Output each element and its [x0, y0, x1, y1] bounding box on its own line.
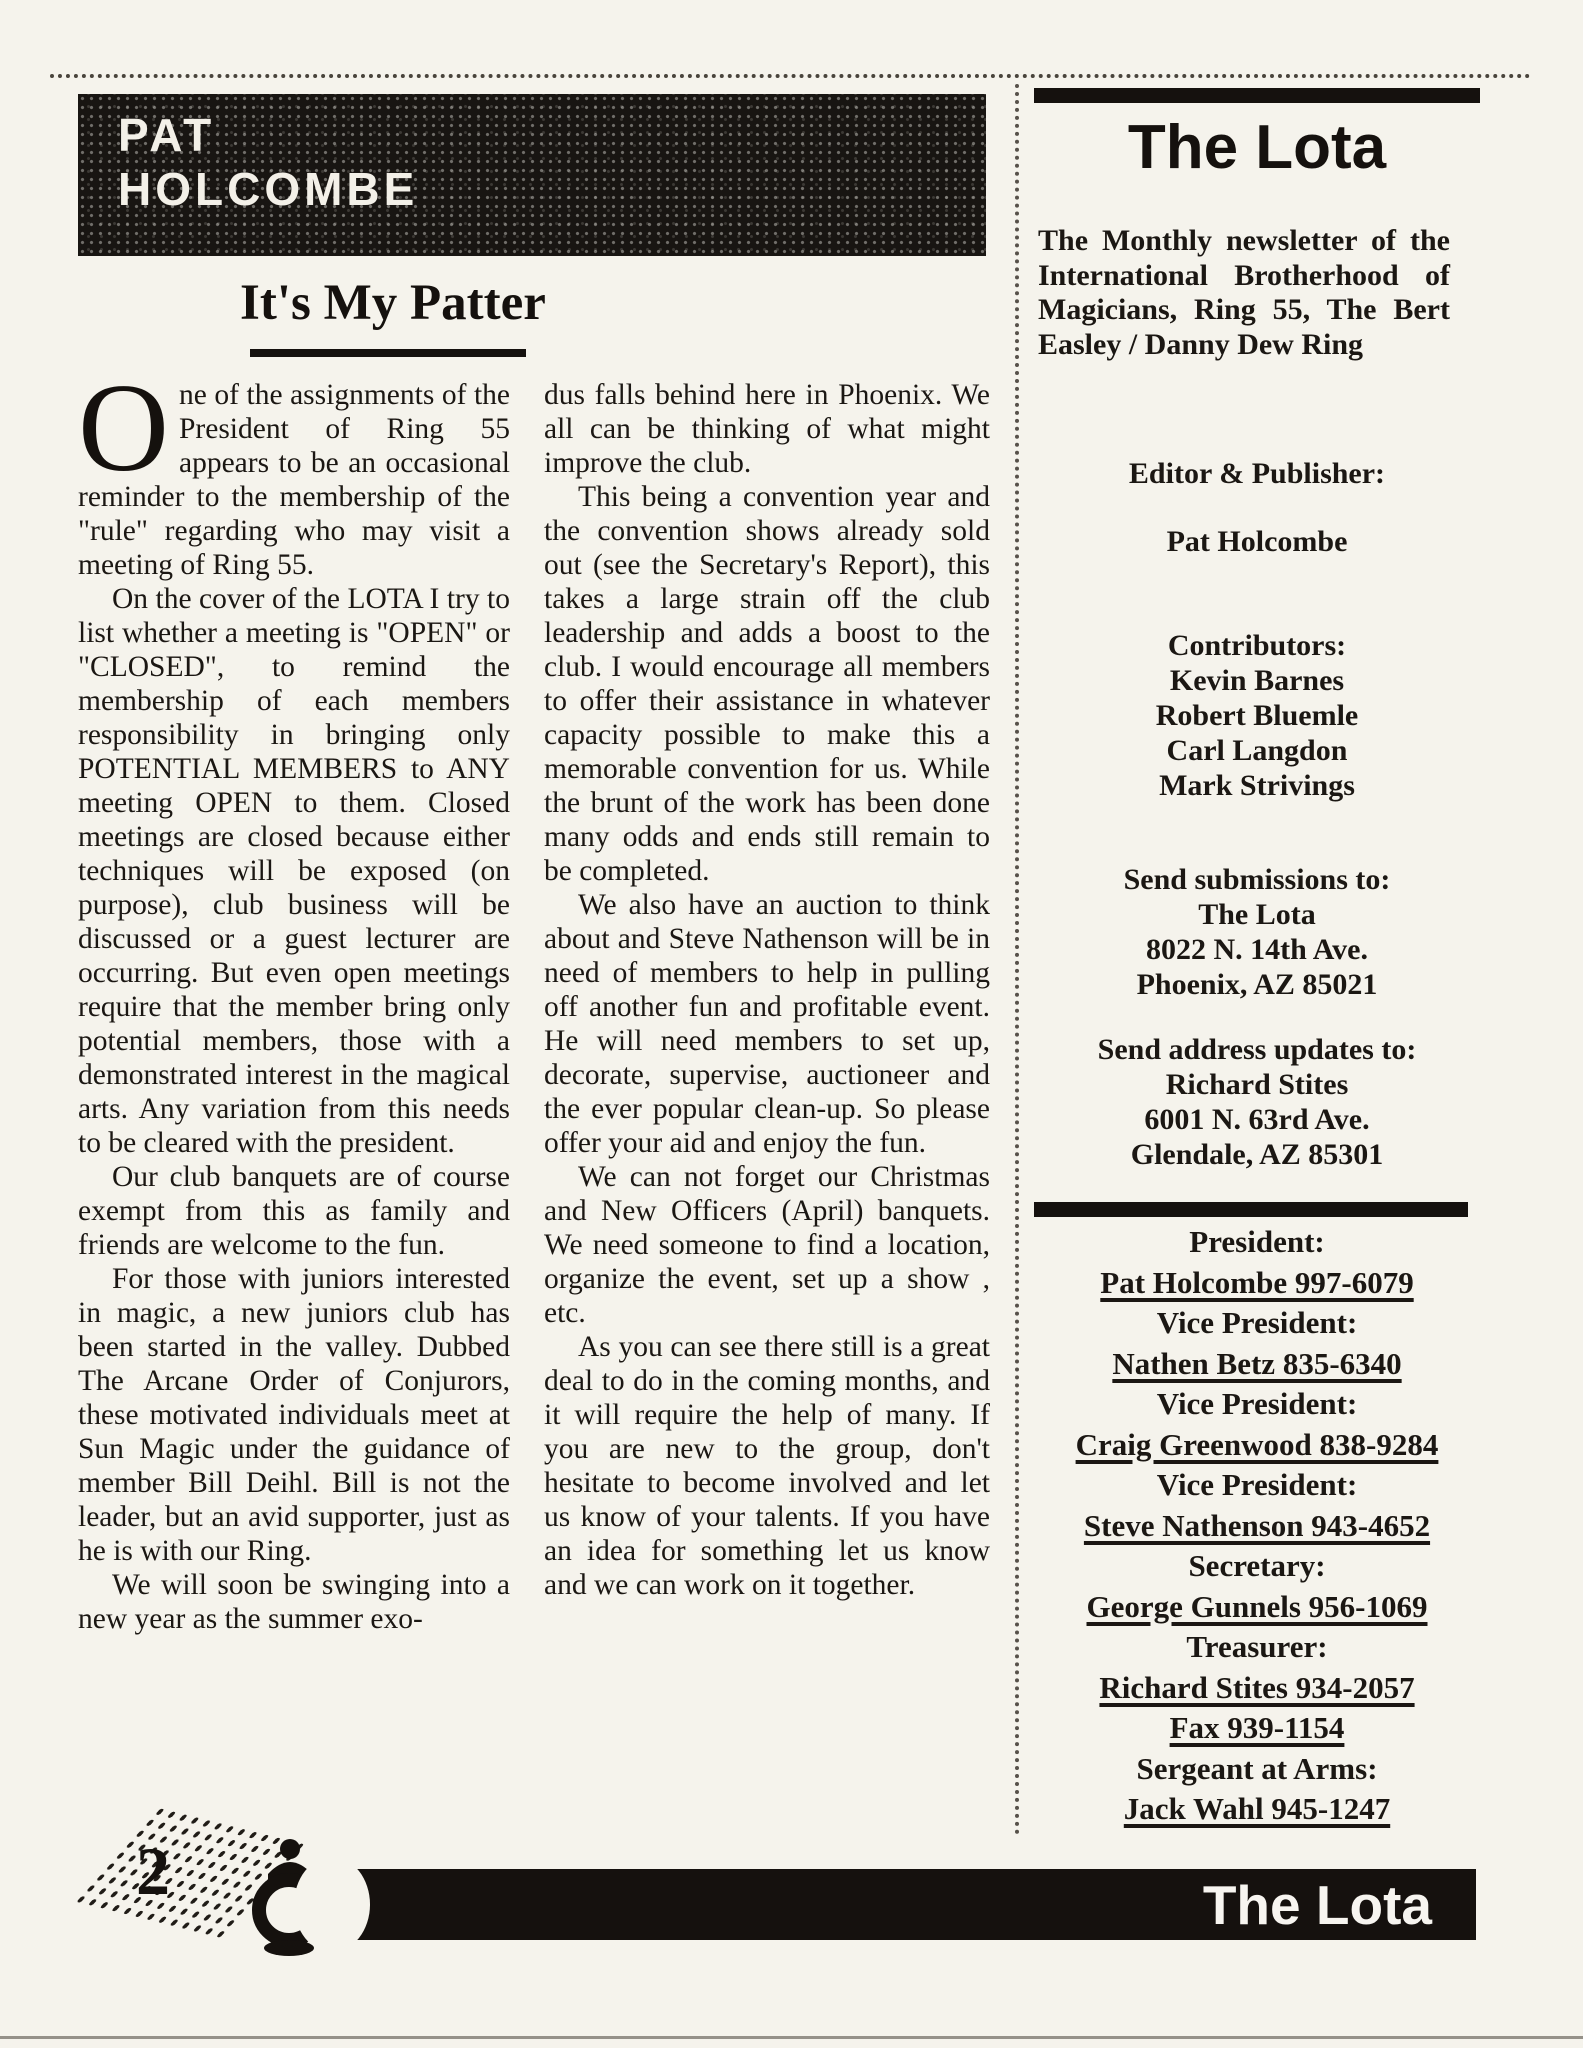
- officer-line: Secretary:: [1034, 1546, 1480, 1587]
- officer-line: Fax 939-1154: [1034, 1708, 1480, 1749]
- address-line: 8022 N. 14th Ave.: [1034, 932, 1480, 967]
- paragraph: For those with juniors interested in mag…: [78, 1262, 510, 1568]
- address-updates-block: Send address updates to: Richard Stites6…: [1034, 1032, 1480, 1172]
- newsletter-page: PAT HOLCOMBE It's My Patter One of the a…: [0, 0, 1583, 2048]
- article-title-underline: [250, 349, 526, 357]
- author-name-line2: HOLCOMBE: [118, 162, 418, 216]
- sidebar-title: The Lota: [1034, 112, 1480, 183]
- officer-line: Steve Nathenson 943-4652: [1034, 1506, 1480, 1547]
- bottom-page-edge: [0, 2036, 1583, 2039]
- sidebar-divider-rule: [1034, 1202, 1468, 1217]
- page-number: 2: [136, 1832, 170, 1911]
- officer-line: President:: [1034, 1222, 1480, 1263]
- paragraph: dus falls behind here in Phoenix. We all…: [544, 378, 990, 480]
- editor-publisher-name: Pat Holcombe: [1034, 524, 1480, 559]
- paragraph: On the cover of the LOTA I try to list w…: [78, 582, 510, 1160]
- author-name-line1: PAT: [118, 108, 215, 162]
- article-title: It's My Patter: [78, 274, 708, 332]
- address-updates-address: Richard Stites6001 N. 63rd Ave.Glendale,…: [1034, 1067, 1480, 1172]
- article-column-1: One of the assignments of the President …: [78, 378, 510, 1636]
- column1-paragraphs: On the cover of the LOTA I try to list w…: [78, 582, 510, 1636]
- contributor-name: Carl Langdon: [1034, 733, 1480, 768]
- top-dotted-rule: [50, 74, 1531, 78]
- paragraph: We can not forget our Christmas and New …: [544, 1160, 990, 1330]
- contributor-name: Kevin Barnes: [1034, 663, 1480, 698]
- author-banner: PAT HOLCOMBE: [78, 94, 986, 256]
- editor-publisher-label: Editor & Publisher:: [1034, 456, 1480, 491]
- drop-cap: O: [78, 378, 179, 478]
- address-line: The Lota: [1034, 897, 1480, 932]
- sidebar-top-rule: [1034, 88, 1480, 103]
- officer-line: Nathen Betz 835-6340: [1034, 1344, 1480, 1385]
- footer-banner-title: The Lota: [1203, 1873, 1432, 1937]
- contributor-name: Mark Strivings: [1034, 768, 1480, 803]
- paragraph: We also have an auction to think about a…: [544, 888, 990, 1160]
- officer-line: Vice President:: [1034, 1303, 1480, 1344]
- address-line: 6001 N. 63rd Ave.: [1034, 1102, 1480, 1137]
- officer-line: Vice President:: [1034, 1465, 1480, 1506]
- address-line: Richard Stites: [1034, 1067, 1480, 1102]
- officer-line: George Gunnels 956-1069: [1034, 1587, 1480, 1628]
- paragraph: Our club banquets are of course exempt f…: [78, 1160, 510, 1262]
- submissions-block: Send submissions to: The Lota8022 N. 14t…: [1034, 862, 1480, 1002]
- address-updates-label: Send address updates to:: [1034, 1032, 1480, 1067]
- article-column-2: dus falls behind here in Phoenix. We all…: [544, 378, 990, 1602]
- paragraph: We will soon be swinging into a new year…: [78, 1568, 510, 1636]
- officer-line: Pat Holcombe 997-6079: [1034, 1263, 1480, 1304]
- submissions-address: The Lota8022 N. 14th Ave.Phoenix, AZ 850…: [1034, 897, 1480, 1002]
- officer-line: Craig Greenwood 838-9284: [1034, 1425, 1480, 1466]
- address-line: Phoenix, AZ 85021: [1034, 967, 1480, 1002]
- contributor-name: Robert Bluemle: [1034, 698, 1480, 733]
- lead-paragraph: One of the assignments of the President …: [78, 378, 510, 582]
- officer-line: Vice President:: [1034, 1384, 1480, 1425]
- column2-paragraphs: dus falls behind here in Phoenix. We all…: [544, 378, 990, 1602]
- paragraph: As you can see there still is a great de…: [544, 1330, 990, 1602]
- officer-line: Sergeant at Arms:: [1034, 1749, 1480, 1790]
- contributors-list: Kevin BarnesRobert BluemleCarl LangdonMa…: [1034, 663, 1480, 803]
- paragraph: This being a convention year and the con…: [544, 480, 990, 888]
- sidebar-description: The Monthly newsletter of the Internatio…: [1038, 224, 1450, 362]
- officer-line: Jack Wahl 945-1247: [1034, 1789, 1480, 1830]
- footer-banner: The Lota: [336, 1869, 1476, 1940]
- officer-line: Richard Stites 934-2057: [1034, 1668, 1480, 1709]
- officer-line: Treasurer:: [1034, 1627, 1480, 1668]
- address-line: Glendale, AZ 85301: [1034, 1137, 1480, 1172]
- contributors-label: Contributors:: [1034, 628, 1480, 663]
- contributors-block: Contributors: Kevin BarnesRobert Bluemle…: [1034, 628, 1480, 803]
- submissions-label: Send submissions to:: [1034, 862, 1480, 897]
- officers-list: President:Pat Holcombe 997-6079Vice Pres…: [1034, 1222, 1480, 1830]
- column-separator-dotted: [1015, 84, 1019, 1836]
